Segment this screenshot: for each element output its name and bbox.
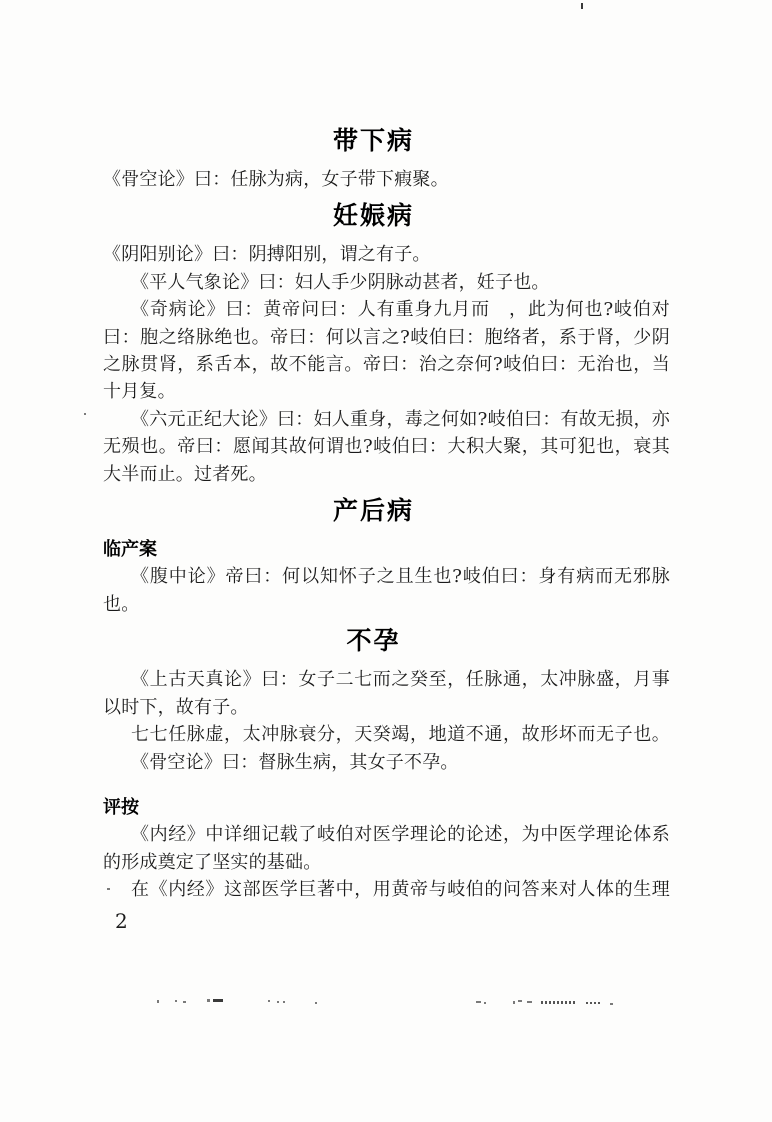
scan-artifact	[277, 1001, 279, 1003]
body-line: 《骨空论》曰：督脉生病，其女子不孕。	[103, 749, 670, 776]
scan-artifact	[484, 1002, 486, 1004]
scan-artifact	[610, 1003, 613, 1005]
body-line: 七七任脉虚，太冲脉衰分，天癸竭，地道不通，故形坏而无子也。	[103, 721, 670, 748]
body-line: 《阴阳别论》曰：阴搏阳别，谓之有子。	[103, 241, 670, 268]
page-number: 2	[103, 908, 670, 935]
body-line: 的形成奠定了坚实的基础。	[103, 849, 670, 876]
body-line: 无殒也。帝曰：愿闻其故何谓也?岐伯曰：大积大聚，其可犯也，衰其	[103, 433, 670, 460]
scan-artifact	[84, 413, 86, 415]
body-line: 也。	[103, 591, 670, 618]
scan-artifact	[586, 1002, 601, 1004]
section-heading-postpartum: 产后病	[103, 496, 670, 526]
scan-artifact	[315, 1002, 317, 1004]
scan-artifact	[175, 1000, 177, 1002]
body-line: 在《内经》这部医学巨著中，用黄帝与岐伯的问答来对人体的生理	[103, 876, 670, 903]
section-heading-pregnancy: 妊娠病	[103, 201, 670, 231]
body-line: 十月复。	[103, 378, 670, 405]
scan-artifact	[268, 1000, 270, 1002]
scan-artifact	[157, 1000, 159, 1003]
scan-artifact	[213, 999, 223, 1002]
body-line: 《腹中论》帝曰：何以知怀子之且生也?岐伯曰：身有病而无邪脉	[103, 563, 670, 590]
body-line: 《六元正纪大论》曰：妇人重身，毒之何如?岐伯曰：有故无损，亦	[103, 406, 670, 433]
body-line: 曰：胞之络脉绝也。帝曰：何以言之?岐伯曰：胞络者，系于肾，少阴	[103, 324, 670, 351]
body-line: 《内经》中详细记载了岐伯对医学理论的论述，为中医学理论体系	[103, 821, 670, 848]
scan-artifact	[541, 1001, 575, 1004]
scan-artifact	[581, 3, 583, 9]
comment-label: 评按	[103, 794, 670, 821]
body-line: 之脉贯肾，系舌本，故不能言。帝曰：治之奈何?岐伯曰：无治也，当	[103, 351, 670, 378]
scanned-book-page: 带下病 《骨空论》曰：任脉为病，女子带下瘕聚。 妊娠病 《阴阳别论》曰：阴搏阳别…	[0, 0, 772, 1122]
scan-artifact	[513, 1001, 515, 1004]
case-label: 临产案	[103, 536, 670, 563]
body-line: 以时下，故有子。	[103, 694, 670, 721]
scan-artifact	[476, 1001, 481, 1003]
scan-artifact	[283, 1001, 285, 1003]
scan-artifact	[518, 1000, 522, 1002]
page-content: 带下病 《骨空论》曰：任脉为病，女子带下瘕聚。 妊娠病 《阴阳别论》曰：阴搏阳别…	[103, 118, 670, 935]
body-line: 《骨空论》曰：任脉为病，女子带下瘕聚。	[103, 166, 670, 193]
body-line: 《奇病论》曰：黄帝问曰：人有重身九月而 ，此为何也?岐伯对	[103, 296, 670, 323]
scan-artifact	[527, 1001, 532, 1003]
body-line: 《平人气象论》曰：妇人手少阴脉动甚者，妊子也。	[103, 269, 670, 296]
scan-artifact	[207, 999, 210, 1002]
section-heading-infertility: 不孕	[103, 626, 670, 656]
section-heading-leukorrhea: 带下病	[103, 126, 670, 156]
scan-artifact	[183, 1001, 186, 1003]
body-line: 《上古天真论》曰：女子二七而之癸至，任脉通，太冲脉盛，月事	[103, 666, 670, 693]
body-line: 大半而止。过者死。	[103, 461, 670, 488]
